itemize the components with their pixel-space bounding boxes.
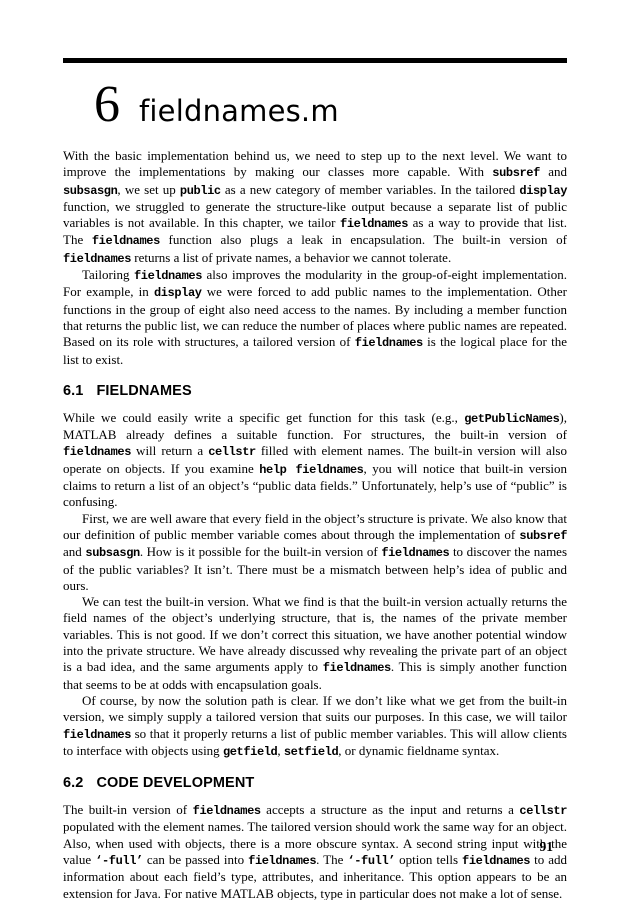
body-text: returns a list of private names, a behav…	[131, 250, 451, 265]
body-text: . The	[316, 852, 347, 867]
code-term: subsasgn	[85, 546, 139, 560]
section-title: CODE DEVELOPMENT	[96, 775, 254, 791]
section-heading: 6.1FIELDNAMES	[63, 383, 567, 399]
section-number: 6.2	[63, 775, 83, 791]
code-term: fieldnames	[193, 804, 261, 818]
code-term: subsref	[519, 529, 567, 543]
body-text: can be passed into	[143, 852, 248, 867]
body-text: function also plugs a leak in encapsulat…	[160, 232, 567, 247]
code-term: cellstr	[519, 804, 567, 818]
code-term: fieldnames	[63, 445, 131, 459]
paragraph: Of course, by now the solution path is c…	[63, 693, 567, 760]
page-content: With the basic implementation behind us,…	[63, 148, 567, 900]
section-number: 6.1	[63, 383, 83, 399]
code-term: subsref	[492, 166, 540, 180]
paragraph: The built-in version of fieldnames accep…	[63, 802, 567, 900]
body-text: . How is it possible for the built-in ve…	[140, 544, 382, 559]
body-text: Tailoring	[82, 267, 134, 282]
paragraph: While we could easily write a specific g…	[63, 410, 567, 511]
code-term: getPublicNames	[464, 412, 559, 426]
code-term: fieldnames	[340, 217, 408, 231]
code-term: fieldnames	[323, 661, 391, 675]
paragraph: With the basic implementation behind us,…	[63, 148, 567, 267]
chapter-title: fieldnames.m	[139, 94, 339, 128]
chapter-number: 6	[94, 77, 120, 133]
section-heading: 6.2CODE DEVELOPMENT	[63, 775, 567, 791]
paragraph: We can test the built-in version. What w…	[63, 594, 567, 693]
code-term: setfield	[284, 745, 338, 759]
body-text: While we could easily write a specific g…	[63, 410, 464, 425]
code-term: fieldnames	[462, 854, 530, 868]
body-text: First, we are well aware that every fiel…	[63, 511, 567, 542]
book-page: 6 fieldnames.m With the basic implementa…	[0, 0, 629, 900]
body-text: will return a	[131, 443, 208, 458]
chapter-rule	[63, 58, 567, 63]
code-term: ‘-full’	[95, 854, 143, 868]
body-text: option tells	[395, 852, 462, 867]
code-term: fieldnames	[134, 269, 202, 283]
body-text: and	[63, 544, 85, 559]
page-number: 91	[540, 839, 554, 855]
code-term: fieldnames	[63, 728, 131, 742]
code-term: fieldnames	[92, 234, 160, 248]
code-term: fieldnames	[381, 546, 449, 560]
code-term: ‘-full’	[347, 854, 395, 868]
body-text: , or dynamic fieldname syntax.	[338, 743, 499, 758]
chapter-header: 6 fieldnames.m	[94, 77, 567, 133]
code-term: subsasgn	[63, 184, 117, 198]
paragraph: First, we are well aware that every fiel…	[63, 511, 567, 594]
code-term: getfield	[223, 745, 277, 759]
code-term: display	[154, 286, 202, 300]
body-text: and	[540, 164, 567, 179]
code-term: help fieldnames	[259, 463, 363, 477]
code-term: fieldnames	[63, 252, 131, 266]
body-text: Of course, by now the solution path is c…	[63, 693, 567, 724]
body-text: , we set up	[117, 182, 179, 197]
body-text: as a new category of member variables. I…	[221, 182, 520, 197]
code-term: cellstr	[208, 445, 256, 459]
code-term: display	[519, 184, 567, 198]
paragraph: Tailoring fieldnames also improves the m…	[63, 267, 567, 368]
body-text: accepts a structure as the input and ret…	[261, 802, 520, 817]
body-text: The built-in version of	[63, 802, 193, 817]
code-term: fieldnames	[248, 854, 316, 868]
code-term: public	[180, 184, 221, 198]
code-term: fieldnames	[355, 336, 423, 350]
section-title: FIELDNAMES	[96, 383, 191, 399]
